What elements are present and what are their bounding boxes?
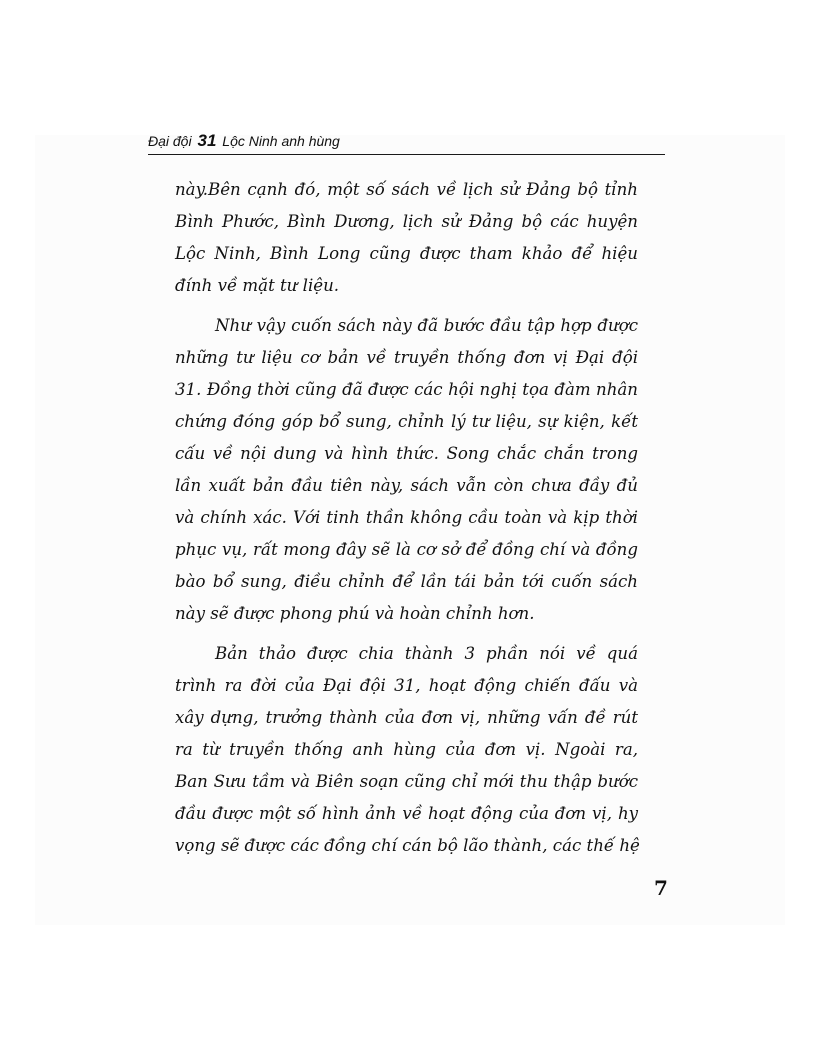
text-line: bào bổ sung, điều chỉnh để lần tái bản t…: [175, 566, 638, 598]
body-text: này.Bên cạnh đó, một số sách về lịch sử …: [175, 174, 638, 862]
text-line: cấu về nội dung và hình thức. Song chắc …: [175, 438, 638, 470]
page-number: 7: [654, 876, 668, 900]
header-title-prefix: Đại đội: [148, 133, 192, 149]
text-line: ra từ truyền thống anh hùng của đơn vị. …: [175, 734, 638, 766]
header-title-suffix: Lộc Ninh anh hùng: [222, 133, 340, 149]
text-line: 31. Đồng thời cũng đã được các hội nghị …: [175, 374, 638, 406]
text-line: trình ra đời của Đại đội 31, hoạt động c…: [175, 670, 638, 702]
text-line: này.Bên cạnh đó, một số sách về lịch sử …: [175, 174, 638, 206]
header-title-number: 31: [197, 131, 216, 150]
text-line: chứng đóng góp bổ sung, chỉnh lý tư liệu…: [175, 406, 638, 438]
text-line: Như vậy cuốn sách này đã bước đầu tập hợ…: [175, 310, 638, 342]
text-line: phục vụ, rất mong đây sẽ là cơ sở để đồn…: [175, 534, 638, 566]
paragraph-3: Bản thảo được chia thành 3 phần nói về q…: [175, 638, 638, 862]
text-line: vọng sẽ được các đồng chí cán bộ lão thà…: [175, 830, 638, 862]
text-line: Ban Sưu tầm và Biên soạn cũng chỉ mới th…: [175, 766, 638, 798]
paragraph-1: này.Bên cạnh đó, một số sách về lịch sử …: [175, 174, 638, 302]
text-line: lần xuất bản đầu tiên này, sách vẫn còn …: [175, 470, 638, 502]
text-line: này sẽ được phong phú và hoàn chỉnh hơn.: [175, 598, 638, 630]
text-line: Lộc Ninh, Bình Long cũng được tham khảo …: [175, 238, 638, 270]
text-line: những tư liệu cơ bản về truyền thống đơn…: [175, 342, 638, 374]
text-line: đính về mặt tư liệu.: [175, 270, 638, 302]
text-line: xây dựng, trưởng thành của đơn vị, những…: [175, 702, 638, 734]
paragraph-2: Như vậy cuốn sách này đã bước đầu tập hợ…: [175, 310, 638, 630]
text-line: Bản thảo được chia thành 3 phần nói về q…: [175, 638, 638, 670]
text-line: Bình Phước, Bình Dương, lịch sử Đảng bộ …: [175, 206, 638, 238]
text-line: đầu được một số hình ảnh về hoạt động củ…: [175, 798, 638, 830]
text-line: và chính xác. Với tinh thần không cầu to…: [175, 502, 638, 534]
running-header: Đại đội 31 Lộc Ninh anh hùng: [148, 132, 665, 155]
